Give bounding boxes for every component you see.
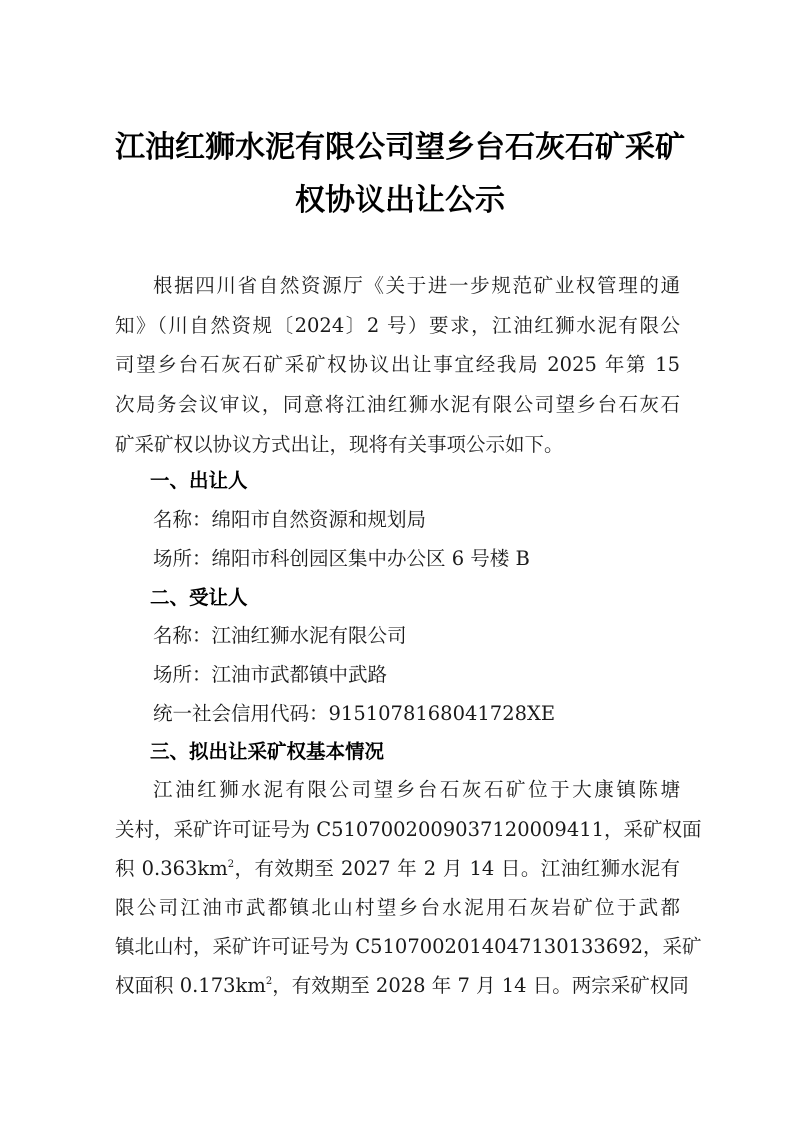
section-heading-transferor: 一、出让人 [150, 466, 248, 496]
mining-rights-paragraph-line: 积 0.363km2，有效期至 2027 年 2 月 14 日。江油红狮水泥有 [115, 854, 680, 884]
section-heading-transferee: 二、受让人 [150, 583, 248, 613]
intro-paragraph-line: 司望乡台石灰石矿采矿权协议出让事宜经我局 2025 年第 15 [115, 350, 680, 380]
document-title-line-2: 权协议出让公示 [100, 181, 700, 221]
mining-rights-paragraph-line: 关村，采矿许可证号为 C5107002009037120009411，采矿权面 [115, 815, 680, 845]
mining-rights-paragraph-line: 限公司江油市武都镇北山村望乡台水泥用石灰岩矿位于武都 [115, 893, 680, 923]
intro-paragraph-line: 矿采矿权以协议方式出让，现将有关事项公示如下。 [115, 430, 680, 460]
transferor-address: 场所：绵阳市科创园区集中办公区 6 号楼 B [153, 544, 530, 574]
area-value: 权面积 0.173km [115, 974, 266, 997]
transferee-credit-code: 统一社会信用代码：915107816804172​8XE [153, 699, 555, 729]
area-value: 积 0.363km [115, 857, 228, 880]
mining-rights-paragraph-line: 镇北山村，采矿许可证号为 C5107002014047130133692，采矿 [115, 932, 680, 962]
intro-paragraph-line: 次局务会议审议，同意将江油红狮水泥有限公司望乡台石灰石 [115, 390, 680, 420]
mining-rights-paragraph-line: 江油红狮水泥有限公司望乡台石灰石矿位于大康镇陈塘 [153, 775, 680, 805]
transferor-name: 名称：绵阳市自然资源和规划局 [153, 505, 426, 535]
intro-paragraph-line: 根据四川省自然资源厅《关于进一步规范矿业权管理的通 [153, 271, 680, 301]
transferee-name: 名称：江油红狮水泥有限公司 [153, 621, 407, 651]
transferee-address: 场所：江油市武都镇中武路 [153, 660, 387, 690]
section-heading-mining-rights: 三、拟出让采矿权基本情况 [150, 737, 384, 767]
validity-text: ，有效期至 2027 年 2 月 14 日。江油红狮水泥有 [234, 857, 680, 880]
document-title-line-1: 江油红狮水泥有限公司望乡台石灰石矿采矿 [100, 128, 700, 168]
document-page: 江油红狮水泥有限公司望乡台石灰石矿采矿 权协议出让公示 根据四川省自然资源厅《关… [0, 0, 793, 1122]
validity-text: ，有效期至 2028 年 7 月 14 日。两宗采矿权同 [272, 974, 689, 997]
mining-rights-paragraph-line: 权面积 0.173km2，有效期至 2028 年 7 月 14 日。两宗采矿权同 [115, 971, 680, 1001]
intro-paragraph-line: 知》（川自然资规〔2024〕2 号）要求，江油红狮水泥有限公 [115, 311, 680, 341]
